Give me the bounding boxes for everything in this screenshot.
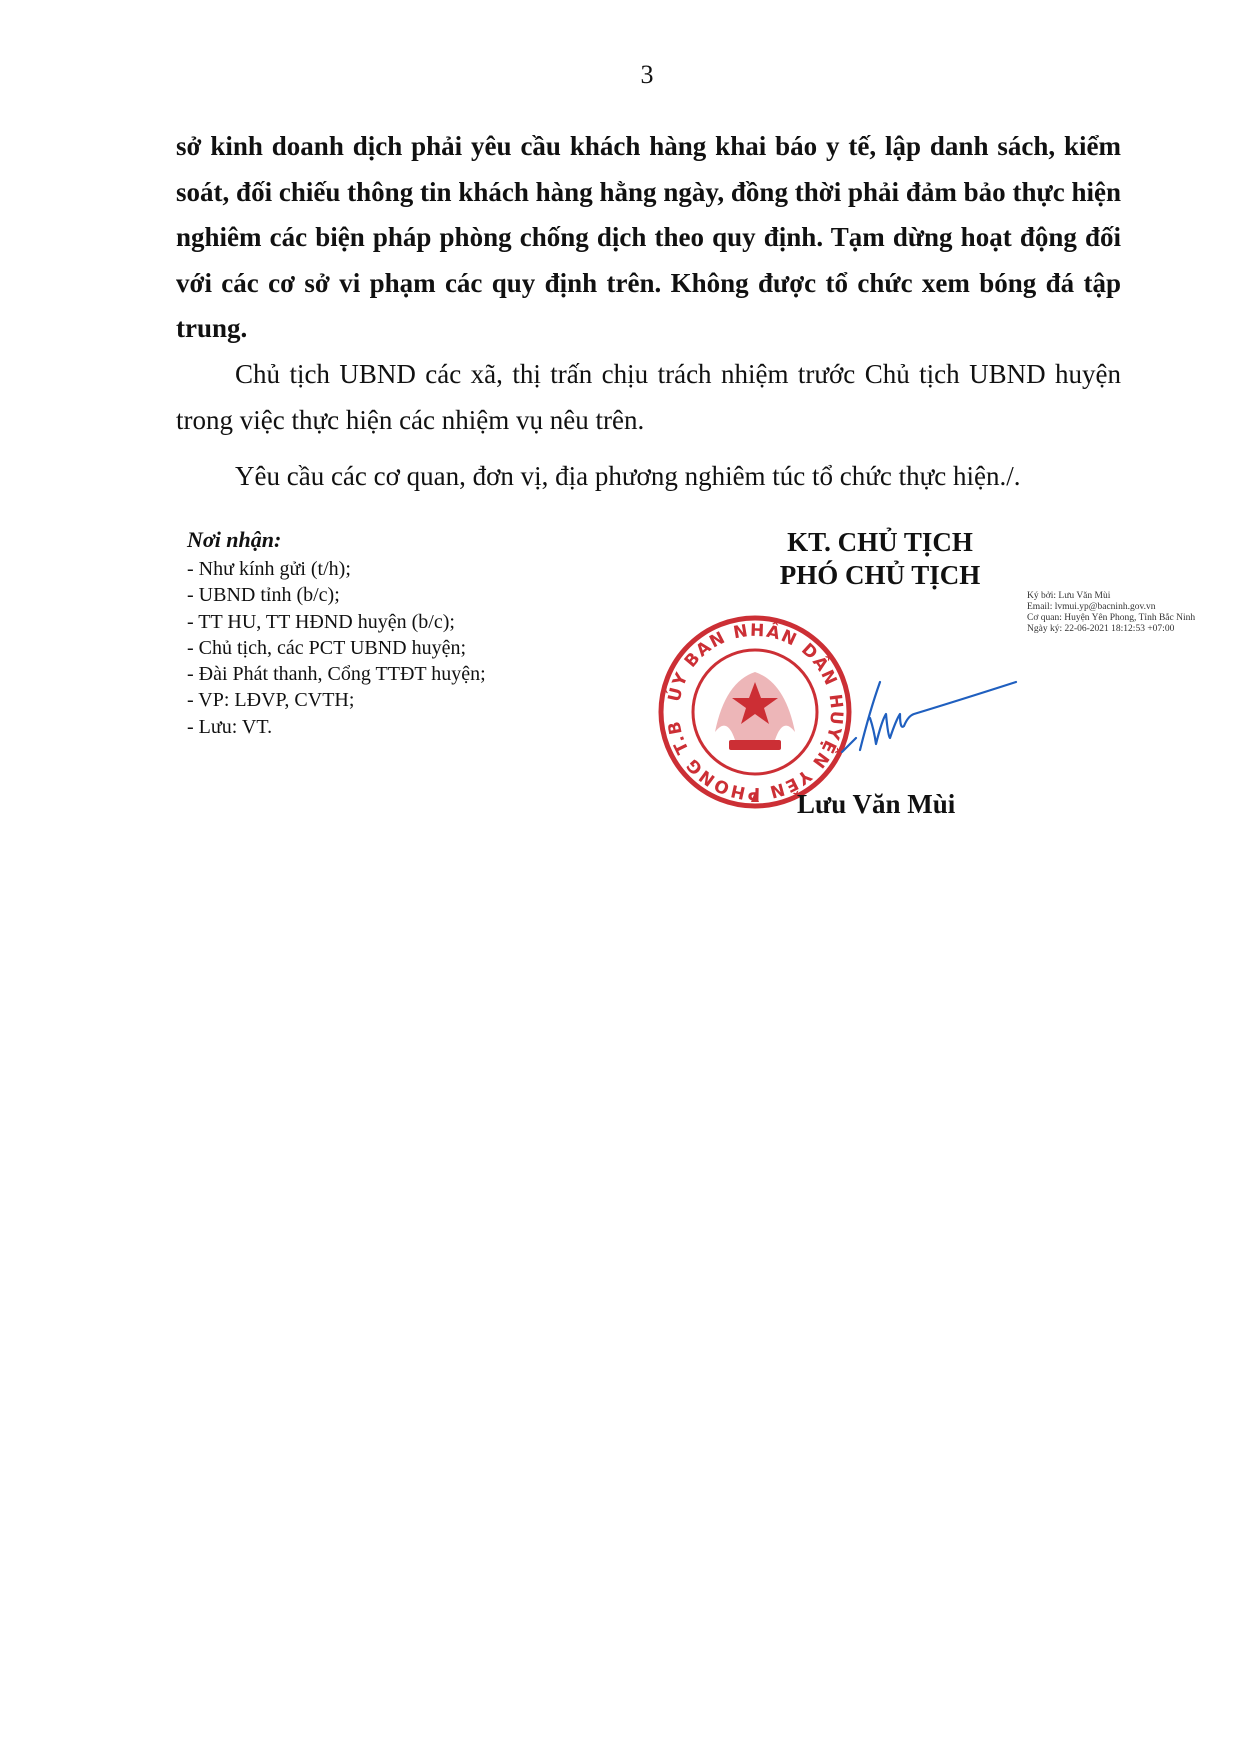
document-body: sở kinh doanh dịch phải yêu cầu khách hà… xyxy=(176,124,1121,500)
recipients-title: Nơi nhận: xyxy=(187,526,607,554)
esign-agency: Cơ quan: Huyện Yên Phong, Tỉnh Bắc Ninh xyxy=(1027,613,1195,624)
signer-title: KT. CHỦ TỊCH PHÓ CHỦ TỊCH xyxy=(720,526,1040,592)
recipients-block: Nơi nhận: - Như kính gửi (t/h); - UBND t… xyxy=(187,526,607,740)
recipient-item: - VP: LĐVP, CVTH; xyxy=(187,687,607,713)
esign-date: Ngày ký: 22-06-2021 18:12:53 +07:00 xyxy=(1027,624,1195,635)
signer-title-line2: PHÓ CHỦ TỊCH xyxy=(720,559,1040,592)
esign-email: Email: lvmui.yp@bacninh.gov.vn xyxy=(1027,602,1195,613)
recipient-item: - Chủ tịch, các PCT UBND huyện; xyxy=(187,635,607,661)
page-number: 3 xyxy=(0,60,1241,90)
paragraph-covid-measures: sở kinh doanh dịch phải yêu cầu khách hà… xyxy=(176,124,1121,352)
esign-signed-by: Ký bởi: Lưu Văn Mùi xyxy=(1027,591,1195,602)
recipient-item: - TT HU, TT HĐND huyện (b/c); xyxy=(187,609,607,635)
paragraph-responsibility: Chủ tịch UBND các xã, thị trấn chịu trác… xyxy=(176,352,1121,443)
recipient-item: - Như kính gửi (t/h); xyxy=(187,556,607,582)
handwritten-signature-icon xyxy=(840,670,1020,760)
signer-name: Lưu Văn Mùi xyxy=(797,788,955,820)
recipient-item: - Đài Phát thanh, Cổng TTĐT huyện; xyxy=(187,661,607,687)
paragraph-closing: Yêu cầu các cơ quan, đơn vị, địa phương … xyxy=(176,454,1121,500)
signer-title-line1: KT. CHỦ TỊCH xyxy=(720,526,1040,559)
digital-signature-info: Ký bởi: Lưu Văn Mùi Email: lvmui.yp@bacn… xyxy=(1027,591,1195,635)
official-stamp-icon: ỦY BAN NHÂN DÂN HUYỆN YÊN PHONG T.BẮC NI… xyxy=(655,612,855,812)
recipient-item: - Lưu: VT. xyxy=(187,714,607,740)
recipient-item: - UBND tỉnh (b/c); xyxy=(187,582,607,608)
